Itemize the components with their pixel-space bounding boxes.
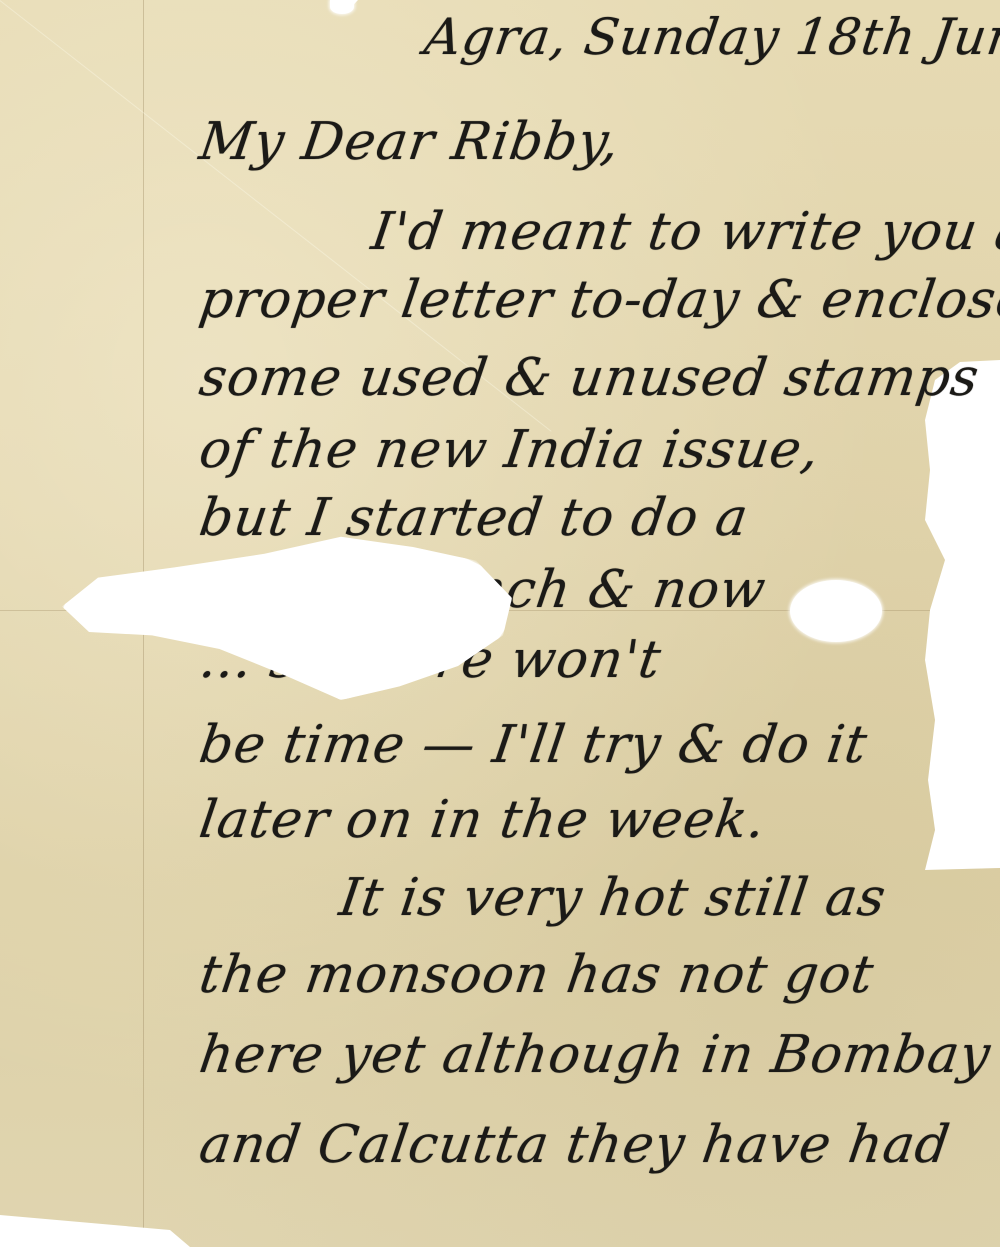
salutation: My Dear Ribby, (196, 112, 624, 172)
letter-line: some used & unused stamps (196, 348, 983, 408)
letter-line: It is very hot still as (336, 868, 890, 928)
letter-line: here yet although in Bombay (196, 1025, 995, 1085)
dateline: Agra, Sunday 18th June 1950 (421, 8, 1000, 66)
torn-notch-top (330, 0, 354, 14)
letter-line: proper letter to-day & enclose (196, 270, 1000, 330)
letter-line: and Calcutta they have had (196, 1115, 954, 1175)
letter-line: later on in the week. (196, 790, 770, 850)
letter-line: the monsoon has not got (196, 945, 878, 1005)
letter-scan: Agra, Sunday 18th June 1950 My Dear Ribb… (0, 0, 1000, 1247)
letter-line: of the new India issue, (196, 420, 824, 480)
letter-line: be time — I'll try & do it (196, 715, 871, 775)
letter-line: I'd meant to write you a (368, 202, 1000, 262)
torn-hole-small (790, 580, 882, 642)
letter-line: but I started to do a (196, 488, 752, 548)
